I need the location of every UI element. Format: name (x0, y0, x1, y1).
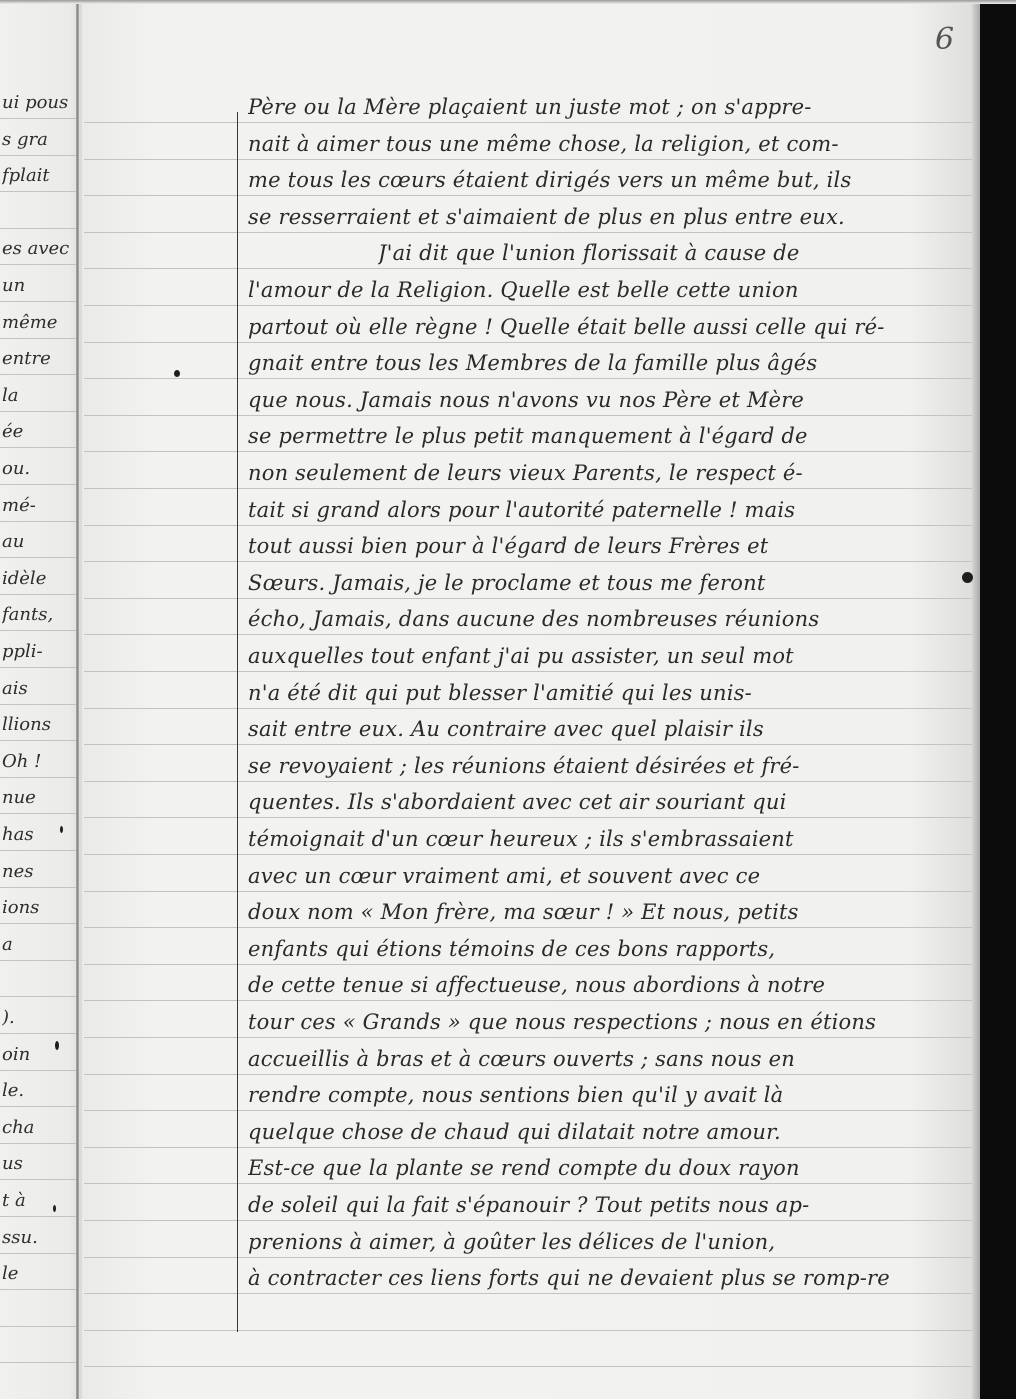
fragment-line: Oh ! (2, 751, 74, 772)
ruled-line (0, 1216, 76, 1217)
ruled-line (84, 378, 972, 379)
text-line: gnait entre tous les Membres de la famil… (248, 351, 968, 375)
text-line: à contracter ces liens forts qui ne deva… (248, 1266, 968, 1290)
ruled-line (0, 1033, 76, 1034)
fragment-line: nue (2, 787, 74, 808)
text-line: sait entre eux. Au contraire avec quel p… (248, 717, 968, 741)
ink-blot (55, 1041, 59, 1050)
ruled-line (0, 301, 76, 302)
ruled-line (84, 1220, 972, 1221)
ruled-line (84, 232, 972, 233)
ink-blot (962, 572, 973, 583)
ink-blot (53, 1205, 56, 1212)
fragment-line: mé- (2, 495, 74, 516)
ruled-line (0, 118, 76, 119)
ruled-line (84, 1183, 972, 1184)
text-line: prenions à aimer, à goûter les délices d… (248, 1230, 968, 1254)
fragment-line: ou. (2, 458, 74, 479)
ruled-line (84, 817, 972, 818)
ruled-line (84, 708, 972, 709)
ruled-line (0, 594, 76, 595)
ruled-line (84, 342, 972, 343)
ruled-line (84, 1330, 972, 1331)
text-line: tait si grand alors pour l'autorité pate… (248, 498, 968, 522)
ruled-line (0, 191, 76, 192)
ruled-line (0, 667, 76, 668)
ruled-line (84, 1110, 972, 1111)
fragment-line: idèle (2, 568, 74, 589)
ruled-line (84, 781, 972, 782)
ruled-line (0, 704, 76, 705)
text-line: tout aussi bien pour à l'égard de leurs … (248, 534, 968, 558)
ruled-line (0, 850, 76, 851)
book-gutter (76, 0, 79, 1399)
page-edge (972, 0, 980, 1399)
fragment-line: même (2, 312, 74, 333)
fragment-line: nes (2, 861, 74, 882)
fragment-line: la (2, 385, 74, 406)
fragment-line: has (2, 824, 74, 845)
ruled-line (84, 122, 972, 123)
fragment-line: oin (2, 1044, 74, 1065)
ruled-line (0, 630, 76, 631)
text-line: de soleil qui la fait s'épanouir ? Tout … (248, 1193, 968, 1217)
fragment-line: us (2, 1153, 74, 1174)
ruled-line (0, 228, 76, 229)
text-line: quentes. Ils s'abordaient avec cet air s… (248, 790, 968, 814)
ruled-line (84, 305, 972, 306)
ruled-line (84, 451, 972, 452)
fragment-line: a (2, 934, 74, 955)
text-line: accueillis à bras et à cœurs ouverts ; s… (248, 1047, 968, 1071)
ruled-line (0, 813, 76, 814)
ruled-line (84, 598, 972, 599)
ruled-line (84, 854, 972, 855)
ruled-line (0, 484, 76, 485)
ruled-line (0, 777, 76, 778)
fragment-line: ais (2, 678, 74, 699)
fragment-line: es avec (2, 238, 74, 259)
text-line: auxquelles tout enfant j'ai pu assister,… (248, 644, 968, 668)
text-line: témoignait d'un cœur heureux ; ils s'emb… (248, 827, 968, 851)
ruled-line (84, 1037, 972, 1038)
fragment-line: s gra (2, 129, 74, 150)
fragment-line: le. (2, 1080, 74, 1101)
ruled-line (0, 1362, 76, 1363)
text-line: J'ai dit que l'union florissait à cause … (378, 241, 1016, 265)
page-number: 6 (935, 22, 954, 57)
fragment-line: ). (2, 1007, 74, 1028)
text-line: me tous les cœurs étaient dirigés vers u… (248, 168, 968, 192)
ruled-line (0, 411, 76, 412)
ink-blot (60, 826, 63, 833)
ruled-line (0, 374, 76, 375)
text-line: doux nom « Mon frère, ma sœur ! » Et nou… (248, 900, 968, 924)
text-line: enfants qui étions témoins de ces bons r… (248, 937, 968, 961)
ruled-line (0, 887, 76, 888)
ruled-line (84, 1000, 972, 1001)
text-line: nait à aimer tous une même chose, la rel… (248, 132, 968, 156)
fragment-line: fplait (2, 165, 74, 186)
ruled-line (84, 1147, 972, 1148)
ruled-line (0, 1253, 76, 1254)
fragment-line: ée (2, 421, 74, 442)
ruled-line (84, 671, 972, 672)
ruled-line (0, 1179, 76, 1180)
text-line: se permettre le plus petit manquement à … (248, 424, 968, 448)
fragment-line: t à (2, 1190, 74, 1211)
ruled-line (0, 996, 76, 997)
fragment-line: ions (2, 897, 74, 918)
ruled-line (84, 415, 972, 416)
fragment-line: fants, (2, 604, 74, 625)
text-line: de cette tenue si affectueuse, nous abor… (248, 973, 968, 997)
text-line: partout où elle règne ! Quelle était bel… (248, 315, 968, 339)
text-line: Sœurs. Jamais, je le proclame et tous me… (248, 571, 968, 595)
text-line: se resserraient et s'aimaient de plus en… (248, 205, 968, 229)
ruled-line (0, 1106, 76, 1107)
text-line: rendre compte, nous sentions bien qu'il … (248, 1083, 968, 1107)
top-edge-shadow (0, 0, 1016, 4)
ruled-line (0, 155, 76, 156)
ruled-line (84, 159, 972, 160)
fragment-line: ppli- (2, 641, 74, 662)
ruled-line (84, 1366, 972, 1367)
text-line: Est-ce que la plante se rend compte du d… (248, 1156, 968, 1180)
ruled-line (84, 1074, 972, 1075)
text-line: Père ou la Mère plaçaient un juste mot ;… (248, 95, 968, 119)
fragment-line: ui pous (2, 92, 74, 113)
ruled-line (84, 1257, 972, 1258)
text-line: non seulement de leurs vieux Parents, le… (248, 461, 968, 485)
ruled-line (0, 740, 76, 741)
ruled-line (0, 447, 76, 448)
ruled-line (84, 634, 972, 635)
ruled-line (84, 488, 972, 489)
ink-blot (174, 370, 180, 377)
ruled-line (0, 338, 76, 339)
fragment-line: cha (2, 1117, 74, 1138)
ruled-line (0, 521, 76, 522)
fragment-line: llions (2, 714, 74, 735)
text-line: n'a été dit qui put blesser l'amitié qui… (248, 681, 968, 705)
text-line: quelque chose de chaud qui dilatait notr… (248, 1120, 968, 1144)
ruled-line (0, 1143, 76, 1144)
text-line: que nous. Jamais nous n'avons vu nos Pèr… (248, 388, 968, 412)
fragment-line: ssu. (2, 1227, 74, 1248)
ruled-line (84, 1293, 972, 1294)
text-line: se revoyaient ; les réunions étaient dés… (248, 754, 968, 778)
ruled-line (0, 1289, 76, 1290)
ruled-line (84, 964, 972, 965)
ruled-line (0, 923, 76, 924)
ruled-line (0, 1070, 76, 1071)
ruled-line (84, 525, 972, 526)
ruled-line (84, 268, 972, 269)
ruled-line (84, 744, 972, 745)
ruled-line (0, 557, 76, 558)
fragment-line: un (2, 275, 74, 296)
fragment-line: au (2, 531, 74, 552)
ruled-line (84, 927, 972, 928)
ruled-line (0, 264, 76, 265)
fragment-line: entre (2, 348, 74, 369)
scan-border (980, 0, 1016, 1399)
ruled-line (84, 561, 972, 562)
ruled-line (0, 1326, 76, 1327)
fragment-line: le (2, 1263, 74, 1284)
ruled-line (84, 891, 972, 892)
ruled-line (0, 960, 76, 961)
text-line: avec un cœur vraiment ami, et souvent av… (248, 864, 968, 888)
margin-line (237, 112, 238, 1332)
ruled-line (84, 195, 972, 196)
text-line: écho, Jamais, dans aucune des nombreuses… (248, 607, 968, 631)
text-line: tour ces « Grands » que nous respections… (248, 1010, 968, 1034)
text-line: l'amour de la Religion. Quelle est belle… (248, 278, 968, 302)
